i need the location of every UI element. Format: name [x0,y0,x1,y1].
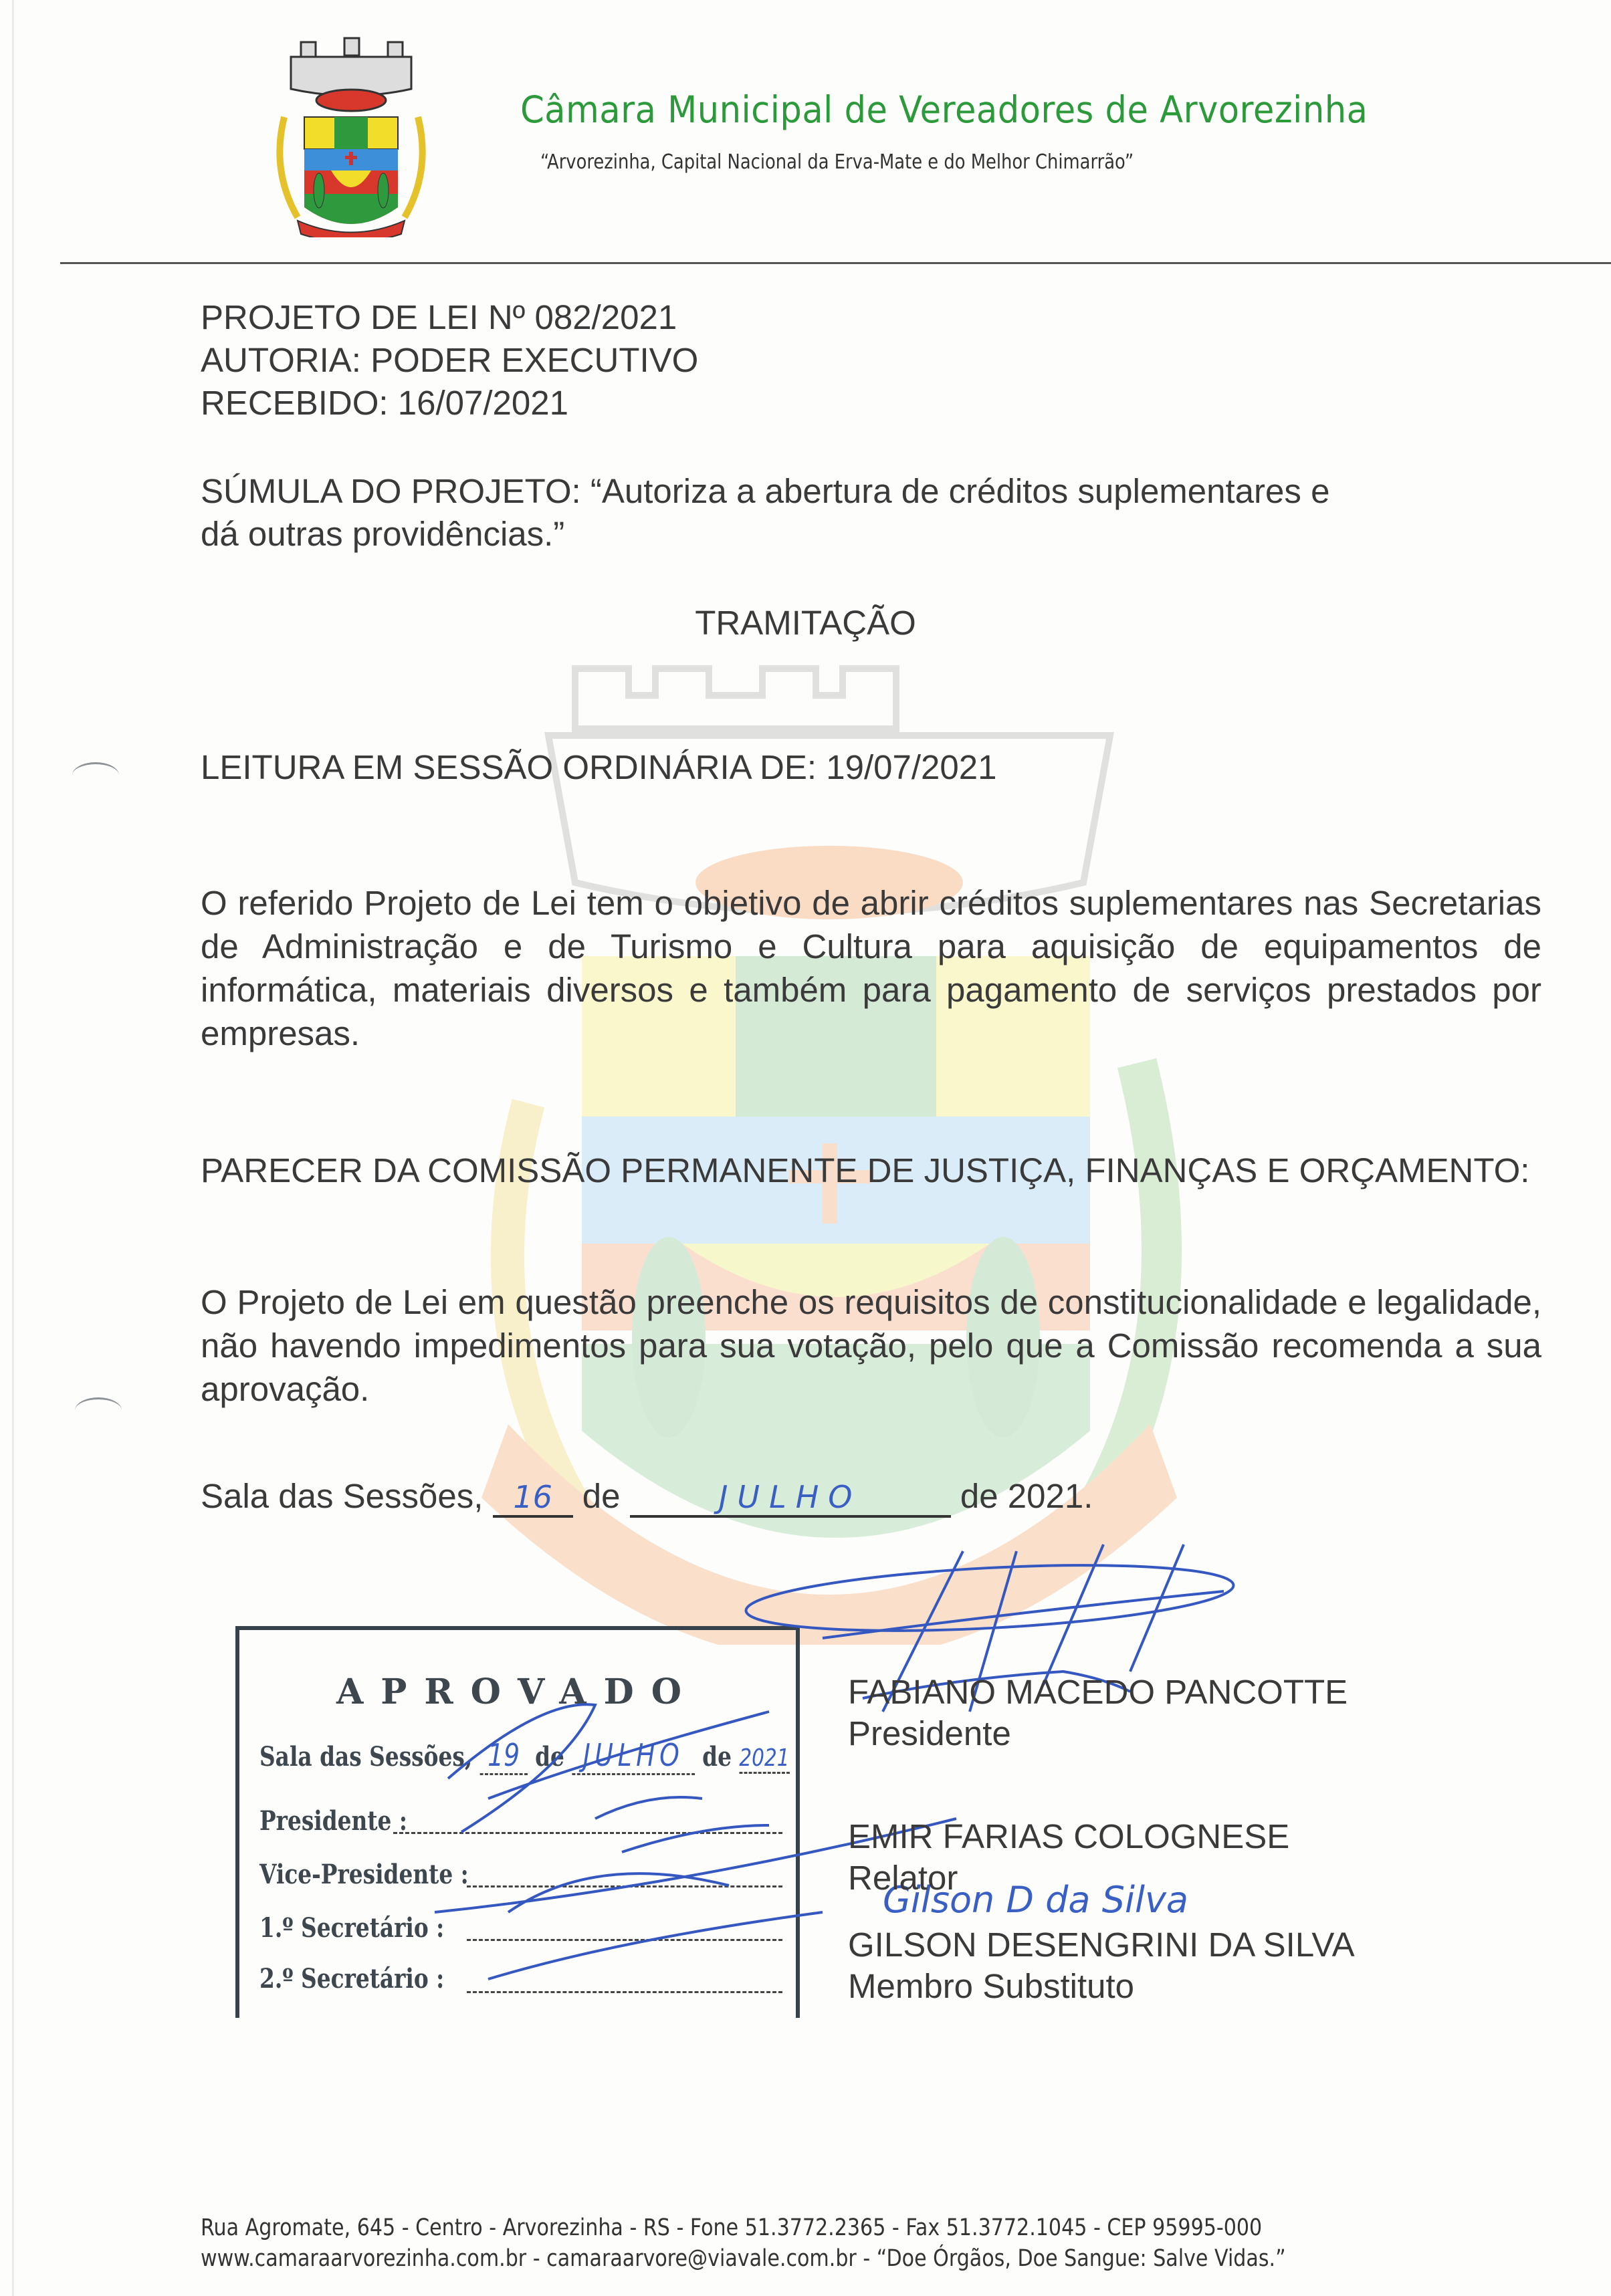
project-author: AUTORIA: PODER EXECUTIVO [201,339,698,382]
closing-de: de [582,1477,621,1515]
reading-session: LEITURA EM SESSÃO ORDINÁRIA DE: 19/07/20… [201,746,996,789]
project-received: RECEBIDO: 16/07/2021 [201,382,698,425]
closing-prefix: Sala das Sessões, [201,1477,483,1515]
municipal-crest-icon [257,37,445,237]
signatory-relator: EMIR FARIAS COLOGNESE Relator [848,1816,1289,1899]
project-meta: PROJETO DE LEI Nº 082/2021 AUTORIA: PODE… [201,296,698,425]
signatory-substitute: GILSON DESENGRINI DA SILVA Membro Substi… [848,1924,1355,2007]
signatory-name: GILSON DESENGRINI DA SILVA [848,1924,1355,1966]
signatory-role: Membro Substituto [848,1966,1355,2007]
project-number: PROJETO DE LEI Nº 082/2021 [201,296,698,339]
signatory-name: FABIANO MACEDO PANCOTTE [848,1672,1348,1713]
signatory-role: Presidente [848,1713,1348,1754]
organization-motto: “Arvorezinha, Capital Nacional da Erva-M… [540,150,1134,174]
summary-line: dá outras providências.” [201,513,1329,556]
handwritten-month: JULHO [630,1479,951,1518]
handwritten-day: 16 [493,1479,573,1518]
footer-contact: www.camaraarvorezinha.com.br - camaraarv… [201,2245,1286,2272]
hole-punch-mark [72,762,119,788]
summary-line: SÚMULA DO PROJETO: “Autoriza a abertura … [201,470,1329,513]
organization-title: Câmara Municipal de Vereadores de Arvore… [520,88,1368,131]
tramitacao-heading: TRAMITAÇÃO [0,602,1611,645]
header-divider [60,262,1611,264]
parecer-heading: PARECER DA COMISSÃO PERMANENTE DE JUSTIÇ… [201,1149,1541,1192]
closing-date-line: Sala das Sessões, 16 de JULHO de 2021. [201,1475,1093,1518]
project-summary: SÚMULA DO PROJETO: “Autoriza a abertura … [201,470,1329,556]
signatory-president: FABIANO MACEDO PANCOTTE Presidente [848,1672,1348,1754]
signatory-role: Relator [848,1857,1289,1899]
parecer-body: O Projeto de Lei em questão preenche os … [201,1280,1541,1411]
hole-punch-mark [75,1397,122,1423]
footer-address: Rua Agromate, 645 - Centro - Arvorezinha… [201,2214,1262,2241]
closing-suffix: de 2021. [960,1477,1093,1515]
objective-paragraph: O referido Projeto de Lei tem o objetivo… [201,881,1541,1055]
scan-edge [12,0,14,2296]
signatory-name: EMIR FARIAS COLOGNESE [848,1816,1289,1857]
